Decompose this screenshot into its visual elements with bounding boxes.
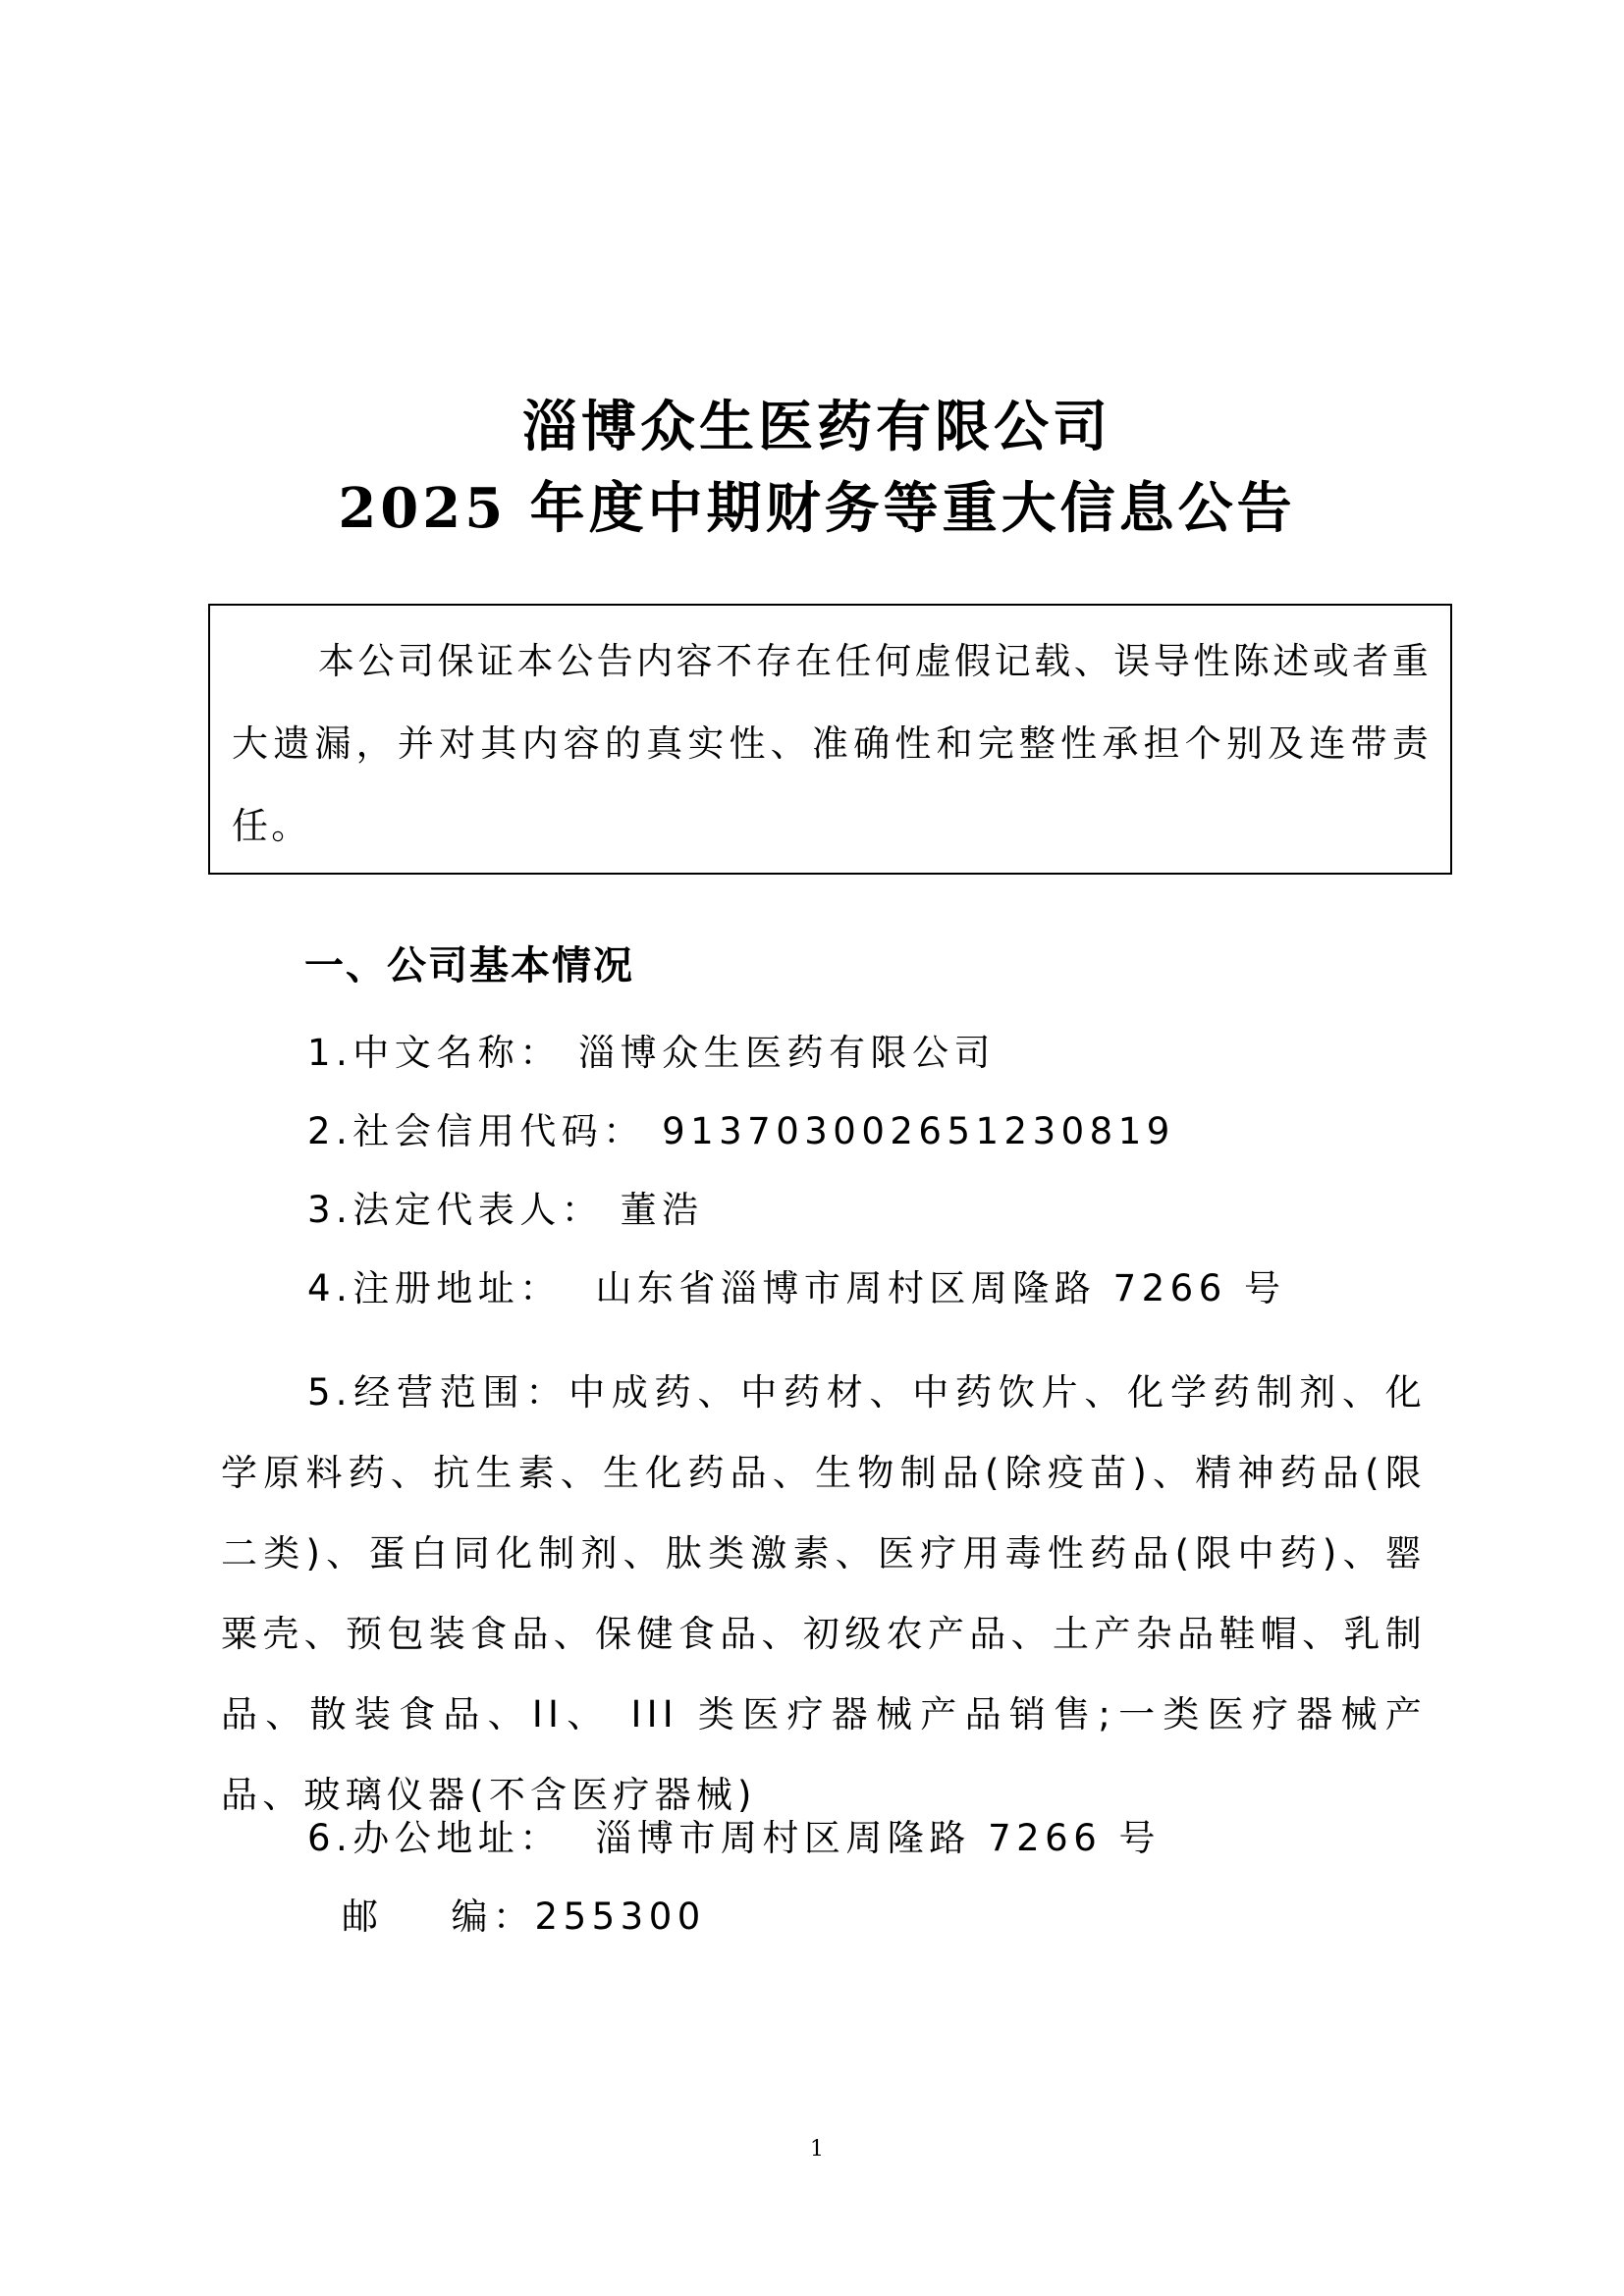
document-title-company: 淄博众生医药有限公司	[0, 393, 1624, 461]
guarantee-notice-text: 本公司保证本公告内容不存在任何虚假记载、误导性陈述或者重大遗漏，并对其内容的真实…	[232, 620, 1432, 868]
item-registered-address: 4.注册地址： 山东省淄博市周村区周隆路 7266 号	[307, 1265, 1286, 1312]
item-legal-representative: 3.法定代表人： 董浩	[307, 1187, 704, 1234]
item-office-address: 6.办公地址： 淄博市周村区周隆路 7266 号	[307, 1815, 1161, 1862]
item-chinese-name: 1.中文名称： 淄博众生医药有限公司	[307, 1030, 996, 1077]
item-postal-code: 邮 编：255300	[342, 1894, 706, 1941]
document-page: 淄博众生医药有限公司 2025 年度中期财务等重大信息公告 本公司保证本公告内容…	[0, 0, 1624, 2296]
guarantee-notice-box: 本公司保证本公告内容不存在任何虚假记载、误导性陈述或者重大遗漏，并对其内容的真实…	[208, 604, 1452, 875]
section-heading-company-info: 一、公司基本情况	[304, 942, 634, 989]
document-title-announcement: 2025 年度中期财务等重大信息公告	[0, 474, 1624, 543]
item-credit-code: 2.社会信用代码： 913703002651230819	[307, 1108, 1175, 1155]
page-number: 1	[0, 2136, 1624, 2163]
item-business-scope: 5.经营范围：中成药、中药材、中药饮片、化学药制剂、化学原料药、抗生素、生化药品…	[221, 1353, 1427, 1836]
